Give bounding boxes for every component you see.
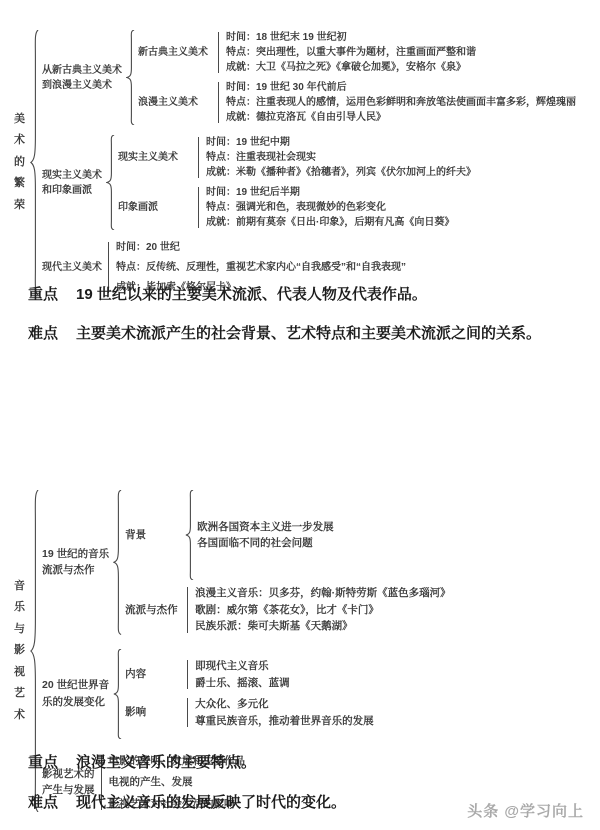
tree-leaf: 时间：19 世纪中期 [206, 135, 476, 150]
curly-brace-icon [30, 30, 39, 295]
vertical-line-connector [187, 698, 188, 727]
tree-branch-label: 印象画派 [118, 200, 192, 215]
tree-leaf-label: 尊重民族音乐，推动着世界音乐的发展 [195, 713, 374, 730]
tree-leaf-label: 时间：18 世纪末 19 世纪初 [226, 30, 347, 45]
tree-leaf-label: 即现代主义音乐 [195, 658, 269, 675]
tree-branch-label: 现代主义美术 [42, 260, 102, 275]
tree-leaf: 欧洲各国资本主义进一步发展 [197, 519, 334, 536]
curly-brace-icon [126, 30, 135, 125]
vertical-line-connector [187, 587, 188, 633]
tree-leaf-label: 特点：强调光和色，表现微妙的色彩变化 [206, 200, 386, 215]
tree-leaf: 特点：反传统、反理性，重视艺术家内心“自我感受”和“自我表现” [116, 260, 406, 275]
tree-leaf-label: 成就：米勒《播种者》《拾穗者》，列宾《伏尔加河上的纤夫》 [206, 165, 476, 180]
tree-leaf: 成就：大卫《马拉之死》《拿破仑加冕》，安格尔《泉》 [226, 60, 476, 75]
tree-branch: 影响大众化、多元化尊重民族音乐，推动着世界音乐的发展 [125, 696, 374, 729]
tree-branch: 背景欧洲各国资本主义进一步发展各国面临不同的社会问题 [125, 490, 451, 580]
tree-leaf-label: 成就：前期有莫奈《日出·印象》，后期有凡高《向日葵》 [206, 215, 454, 230]
tree-leaf: 成就：前期有莫奈《日出·印象》，后期有凡高《向日葵》 [206, 215, 454, 230]
tree-leaf-label: 特点：注重表现社会现实 [206, 150, 316, 165]
tree-leaf: 民族乐派：柴可夫斯基《天鹅湖》 [195, 618, 451, 635]
tree-leaf: 特点：突出理性，以重大事件为题材，注重画面严整和谐 [226, 45, 476, 60]
difficulty-label: 难点 [28, 791, 58, 812]
tree-branch: 现实主义美术 和印象画派现实主义美术时间：19 世纪中期特点：注重表现社会现实成… [42, 135, 576, 230]
tree-branch-label: 背景 [125, 527, 181, 544]
tree-leaf: 爵士乐、摇滚、蓝调 [195, 675, 290, 692]
vertical-line-connector [198, 137, 199, 178]
tree-leaf-label: 特点：反传统、反理性，重视艺术家内心“自我感受”和“自我表现” [116, 260, 406, 275]
key-point-text: 19 世纪以来的主要美术流派、代表人物及代表作品。 [76, 283, 427, 304]
tree-branch: 现实主义美术时间：19 世纪中期特点：注重表现社会现实成就：米勒《播种者》《拾穗… [118, 135, 476, 180]
vertical-line-connector [218, 82, 219, 123]
tree-branch-label: 音 乐 与 影 视 艺 术 [12, 576, 27, 726]
tree-leaf-label: 特点：注重表现人的感情，运用色彩鲜明和奔放笔法使画面丰富多彩，辉煌瑰丽 [226, 95, 576, 110]
tree-leaf-label: 欧洲各国资本主义进一步发展 [197, 519, 334, 536]
vertical-line-connector [187, 660, 188, 689]
tree-leaf: 特点：强调光和色，表现微妙的色彩变化 [206, 200, 454, 215]
key-point-text: 浪漫主义音乐的主要特点。 [76, 751, 256, 772]
difficulty-label: 难点 [28, 322, 58, 343]
art-difficulty-row: 难点 主要美术流派产生的社会背景、艺术特点和主要美术流派之间的关系。 [28, 322, 541, 343]
tree-leaf: 歌剧：威尔第《茶花女》，比才《卡门》 [195, 602, 451, 619]
tree-leaf: 时间：19 世纪后半期 [206, 185, 454, 200]
tree-leaf-label: 时间：19 世纪 30 年代前后 [226, 80, 347, 95]
tree-branch-label: 流派与杰作 [125, 602, 181, 619]
tree-leaf: 时间：20 世纪 [116, 240, 406, 255]
tree-leaf-label: 爵士乐、摇滚、蓝调 [195, 675, 290, 692]
tree-leaf: 特点：注重表现社会现实 [206, 150, 476, 165]
tree-branch: 20 世纪世界音 乐的发展变化内容即现代主义音乐爵士乐、摇滚、蓝调影响大众化、多… [42, 649, 451, 739]
tree-leaf-label: 成就：大卫《马拉之死》《拿破仑加冕》，安格尔《泉》 [226, 60, 466, 75]
tree-leaf: 时间：19 世纪 30 年代前后 [226, 80, 576, 95]
vertical-line-connector [218, 32, 219, 73]
tree-leaf-label: 时间：20 世纪 [116, 240, 180, 255]
key-point-label: 重点 [28, 751, 58, 772]
tree-leaf-label: 浪漫主义音乐：贝多芬，约翰·斯特劳斯《蓝色多瑙河》 [195, 585, 451, 602]
curly-brace-icon [113, 490, 122, 635]
tree-leaf: 时间：18 世纪末 19 世纪初 [226, 30, 476, 45]
music-difficulty-row: 难点 现代主义音乐的发展反映了时代的变化。 [28, 791, 346, 812]
curly-brace-icon [185, 490, 194, 580]
tree-leaf: 成就：米勒《播种者》《拾穗者》，列宾《伏尔加河上的纤夫》 [206, 165, 476, 180]
tree-leaf-label: 民族乐派：柴可夫斯基《天鹅湖》 [195, 618, 353, 635]
tree-branch-label: 浪漫主义美术 [138, 95, 212, 110]
tree-leaf: 浪漫主义音乐：贝多芬，约翰·斯特劳斯《蓝色多瑙河》 [195, 585, 451, 602]
tree-branch-label: 新古典主义美术 [138, 45, 212, 60]
tree-leaf-label: 成就：德拉克洛瓦《自由引导人民》 [226, 110, 386, 125]
difficulty-text: 主要美术流派产生的社会背景、艺术特点和主要美术流派之间的关系。 [76, 322, 541, 343]
tree-leaf-label: 电视的产生、发展 [109, 774, 193, 791]
tree-leaf-label: 时间：19 世纪中期 [206, 135, 290, 150]
key-point-label: 重点 [28, 283, 58, 304]
tree-branch-label: 现实主义美术 和印象画派 [42, 168, 102, 198]
tree-branch: 浪漫主义美术时间：19 世纪 30 年代前后特点：注重表现人的感情，运用色彩鲜明… [138, 80, 576, 125]
tree-leaf: 尊重民族音乐，推动着世界音乐的发展 [195, 713, 374, 730]
watermark: 头条 @学习向上 [467, 800, 584, 821]
tree-branch-label: 19 世纪的音乐 流派与杰作 [42, 546, 109, 579]
tree-branch: 美 术 的 繁 荣从新古典主义美术 到浪漫主义美术新古典主义美术时间：18 世纪… [12, 30, 594, 295]
tree-leaf: 特点：注重表现人的感情，运用色彩鲜明和奔放笔法使画面丰富多彩，辉煌瑰丽 [226, 95, 576, 110]
tree-branch: 内容即现代主义音乐爵士乐、摇滚、蓝调 [125, 658, 374, 691]
tree-branch: 19 世纪的音乐 流派与杰作背景欧洲各国资本主义进一步发展各国面临不同的社会问题… [42, 490, 451, 635]
tree-branch-label: 20 世纪世界音 乐的发展变化 [42, 677, 109, 710]
curly-brace-icon [106, 135, 115, 230]
tree-branch-label: 美 术 的 繁 荣 [12, 109, 27, 216]
tree-branch: 新古典主义美术时间：18 世纪末 19 世纪初特点：突出理性，以重大事件为题材，… [138, 30, 576, 75]
tree-leaf-label: 歌剧：威尔第《茶花女》，比才《卡门》 [195, 602, 379, 619]
tree-branch: 印象画派时间：19 世纪后半期特点：强调光和色，表现微妙的色彩变化成就：前期有莫… [118, 185, 476, 230]
tree-branch-label: 影响 [125, 704, 181, 721]
curly-brace-icon [113, 649, 122, 739]
tree-leaf-label: 特点：突出理性，以重大事件为题材，注重画面严整和谐 [226, 45, 476, 60]
tree-leaf: 大众化、多元化 [195, 696, 374, 713]
tree-branch: 从新古典主义美术 到浪漫主义美术新古典主义美术时间：18 世纪末 19 世纪初特… [42, 30, 576, 125]
tree-branch-label: 现实主义美术 [118, 150, 192, 165]
tree-branch: 流派与杰作浪漫主义音乐：贝多芬，约翰·斯特劳斯《蓝色多瑙河》歌剧：威尔第《茶花女… [125, 585, 451, 635]
music-key-point-row: 重点 浪漫主义音乐的主要特点。 [28, 751, 256, 772]
tree-leaf: 各国面临不同的社会问题 [197, 535, 334, 552]
difficulty-text: 现代主义音乐的发展反映了时代的变化。 [76, 791, 346, 812]
tree-leaf: 电视的产生、发展 [109, 774, 246, 791]
vertical-line-connector [198, 187, 199, 228]
tree-leaf: 即现代主义音乐 [195, 658, 290, 675]
art-mind-map: 美 术 的 繁 荣从新古典主义美术 到浪漫主义美术新古典主义美术时间：18 世纪… [12, 30, 594, 295]
tree-leaf-label: 时间：19 世纪后半期 [206, 185, 300, 200]
tree-branch-label: 内容 [125, 666, 181, 683]
art-key-point-row: 重点 19 世纪以来的主要美术流派、代表人物及代表作品。 [28, 283, 427, 304]
tree-branch-label: 从新古典主义美术 到浪漫主义美术 [42, 63, 122, 93]
tree-leaf: 成就：德拉克洛瓦《自由引导人民》 [226, 110, 576, 125]
tree-leaf-label: 大众化、多元化 [195, 696, 269, 713]
tree-leaf-label: 各国面临不同的社会问题 [197, 535, 313, 552]
